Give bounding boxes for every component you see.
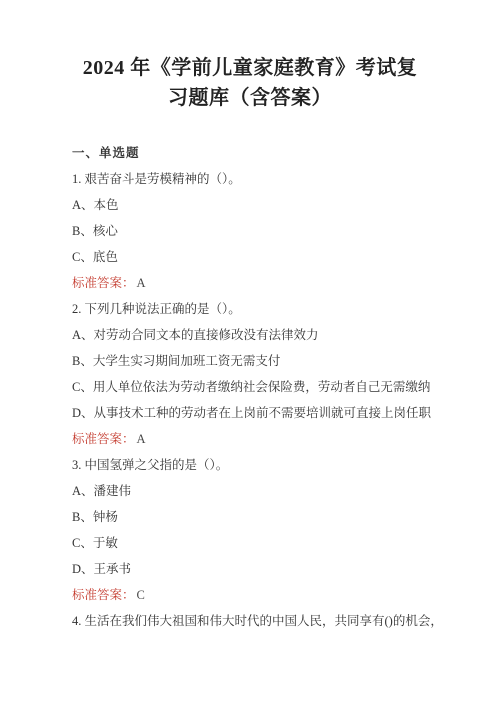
question-3-answer-line: 标准答案：C <box>72 582 474 608</box>
question-3-option-c: C、于敏 <box>72 530 474 556</box>
question-2-text: 2. 下列几种说法正确的是（）。 <box>72 296 474 322</box>
question-3-option-a: A、潘建伟 <box>72 478 474 504</box>
question-2-option-a: A、对劳动合同文本的直接修改没有法律效力 <box>72 322 474 348</box>
question-1-option-c: C、底色 <box>72 244 474 270</box>
document-body: 一、单选题 1. 艰苦奋斗是劳模精神的（）。 A、本色 B、核心 C、底色 标准… <box>72 140 474 634</box>
question-1-option-b: B、核心 <box>72 218 474 244</box>
document-title: 2024 年《学前儿童家庭教育》考试复习题库（含答案） <box>77 53 423 113</box>
answer-label: 标准答案： <box>72 432 135 446</box>
answer-value: C <box>135 588 145 602</box>
question-1-text: 1. 艰苦奋斗是劳模精神的（）。 <box>72 166 474 192</box>
question-1-answer-line: 标准答案：A <box>72 270 474 296</box>
question-2-option-c: C、用人单位依法为劳动者缴纳社会保险费，劳动者自己无需缴纳 <box>72 374 474 400</box>
question-3-text: 3. 中国氢弹之父指的是（）。 <box>72 452 474 478</box>
question-4-text: 4. 生活在我们伟大祖国和伟大时代的中国人民，共同享有()的机会， <box>72 608 474 634</box>
answer-label: 标准答案： <box>72 276 135 290</box>
question-2-option-d: D、从事技术工种的劳动者在上岗前不需要培训就可直接上岗任职 <box>72 400 474 426</box>
question-2-option-b: B、大学生实习期间加班工资无需支付 <box>72 348 474 374</box>
answer-value: A <box>135 276 146 290</box>
question-3-option-b: B、钟杨 <box>72 504 474 530</box>
question-3-option-d: D、王承书 <box>72 556 474 582</box>
answer-value: A <box>135 432 146 446</box>
question-2-answer-line: 标准答案：A <box>72 426 474 452</box>
question-1-option-a: A、本色 <box>72 192 474 218</box>
answer-label: 标准答案： <box>72 588 135 602</box>
section-heading: 一、单选题 <box>72 140 474 166</box>
exam-document-page: 2024 年《学前儿童家庭教育》考试复习题库（含答案） 一、单选题 1. 艰苦奋… <box>0 0 500 707</box>
